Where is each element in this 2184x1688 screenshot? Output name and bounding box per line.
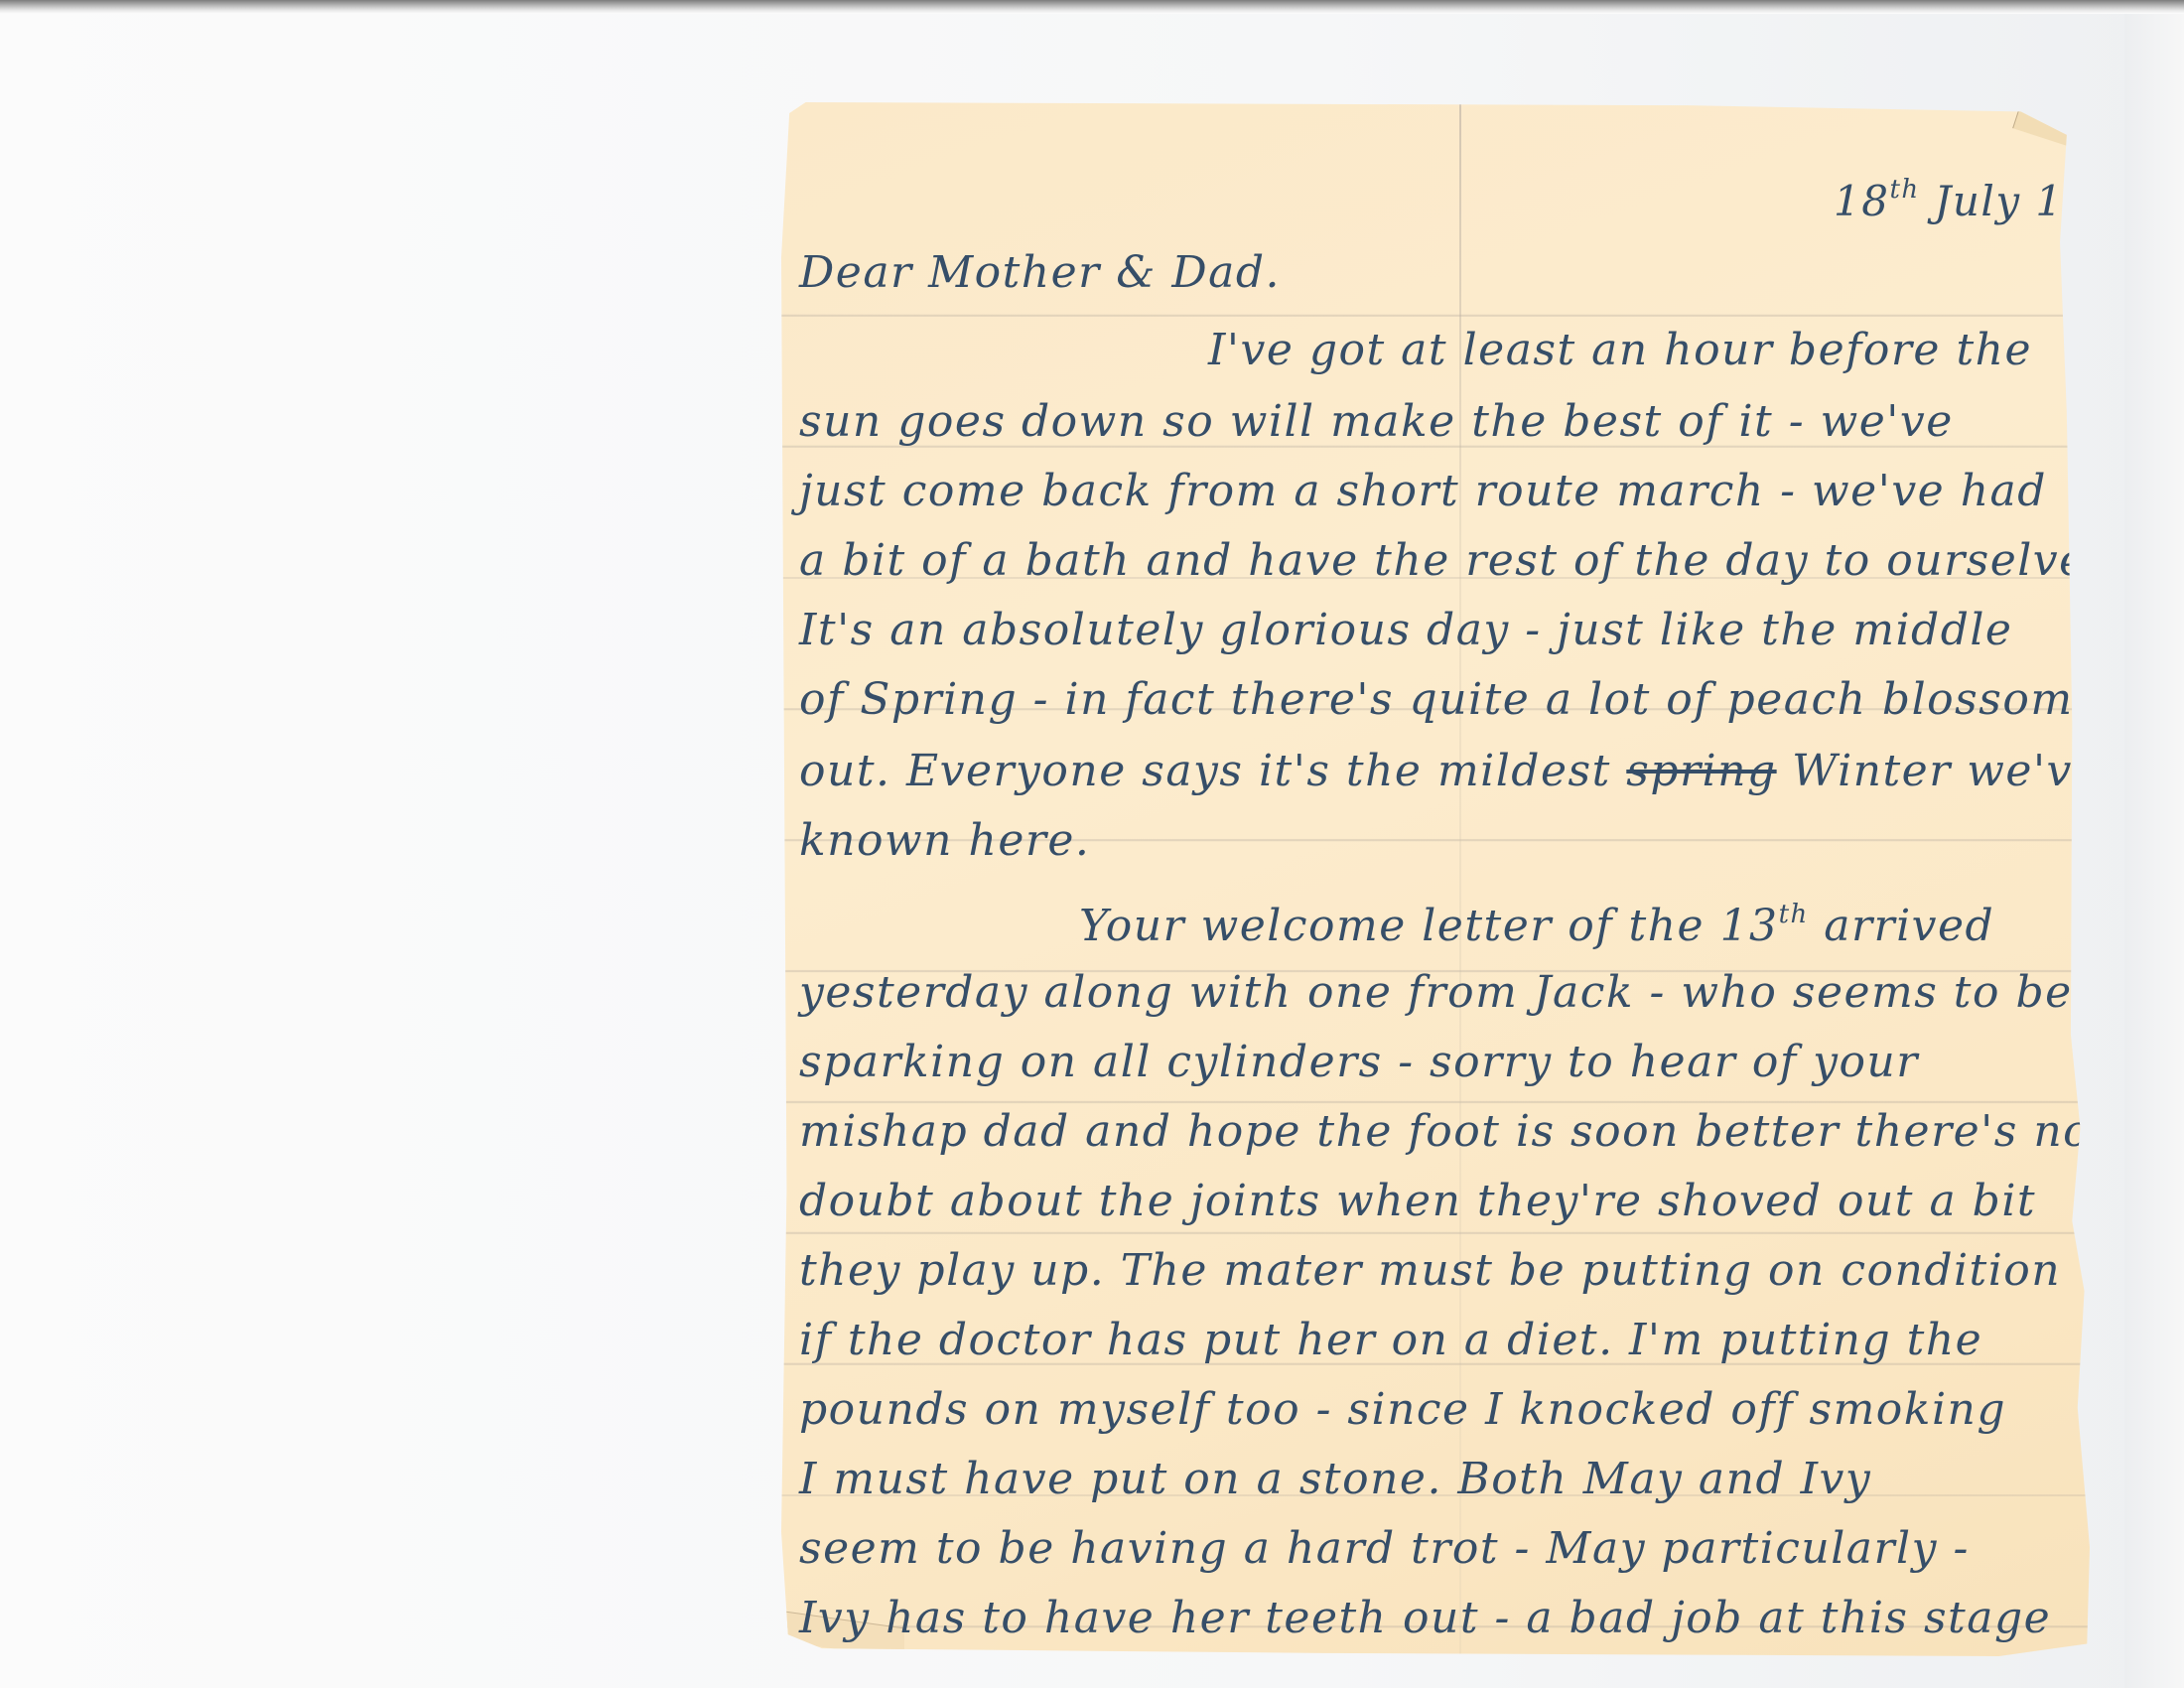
letter-line-5: It's an absolutely glorious day - just l…	[799, 609, 2012, 652]
scanner-top-shadow	[0, 0, 2184, 14]
scanner-edge-band	[2124, 14, 2184, 1688]
letter-line-19: Ivy has to have her teeth out - a bad jo…	[799, 1597, 2051, 1640]
letter-line-7: out. Everyone says it's the mildest spri…	[799, 750, 2100, 793]
letter-line-3: just come back from a short route march …	[799, 470, 2047, 513]
letter-line-2: sun goes down so will make the best of i…	[799, 400, 1954, 444]
letter-line-16: pounds on myself too - since I knocked o…	[799, 1388, 2006, 1432]
letter-line-8: known here.	[799, 819, 1090, 863]
letter-page: 18th July 1942 Dear Mother & Dad. I've g…	[781, 102, 2134, 1656]
letter-line-11: sparking on all cylinders - sorry to hea…	[799, 1041, 1919, 1084]
letter-line-6: of Spring - in fact there's quite a lot …	[799, 678, 2074, 722]
letter-line-18: seem to be having a hard trot - May part…	[799, 1527, 1970, 1571]
letter-line-10: yesterday along with one from Jack - who…	[799, 971, 2073, 1015]
struck-word: spring	[1626, 746, 1776, 796]
letter-line-7-text: out. Everyone says it's the mildest	[799, 746, 1611, 796]
letter-line-9: Your welcome letter of the 13th arrived	[1079, 902, 1994, 948]
letter-line-9-suffix: th	[1779, 900, 1809, 929]
date-day: 18	[1834, 177, 1889, 225]
letter-line-15: if the doctor has put her on a diet. I'm…	[799, 1319, 1982, 1362]
letter-line-12: mishap dad and hope the foot is soon bet…	[799, 1110, 2091, 1154]
letter-line-9-tail: arrived	[1824, 901, 1994, 951]
letter-line-17: I must have put on a stone. Both May and…	[799, 1458, 1871, 1501]
salutation: Dear Mother & Dad.	[799, 251, 1281, 295]
letter-line-1: I've got at least an hour before the	[1208, 329, 2032, 372]
letter-line-7-tail: Winter we've	[1792, 746, 2100, 796]
letter-line-9-text: Your welcome letter of the 13	[1079, 901, 1779, 951]
letter-line-4: a bit of a bath and have the rest of the…	[799, 539, 2125, 583]
letter-line-14: they play up. The mater must be putting …	[799, 1249, 2061, 1293]
date-day-suffix: th	[1889, 175, 1919, 205]
letter-line-13: doubt about the joints when they're shov…	[799, 1180, 2036, 1223]
